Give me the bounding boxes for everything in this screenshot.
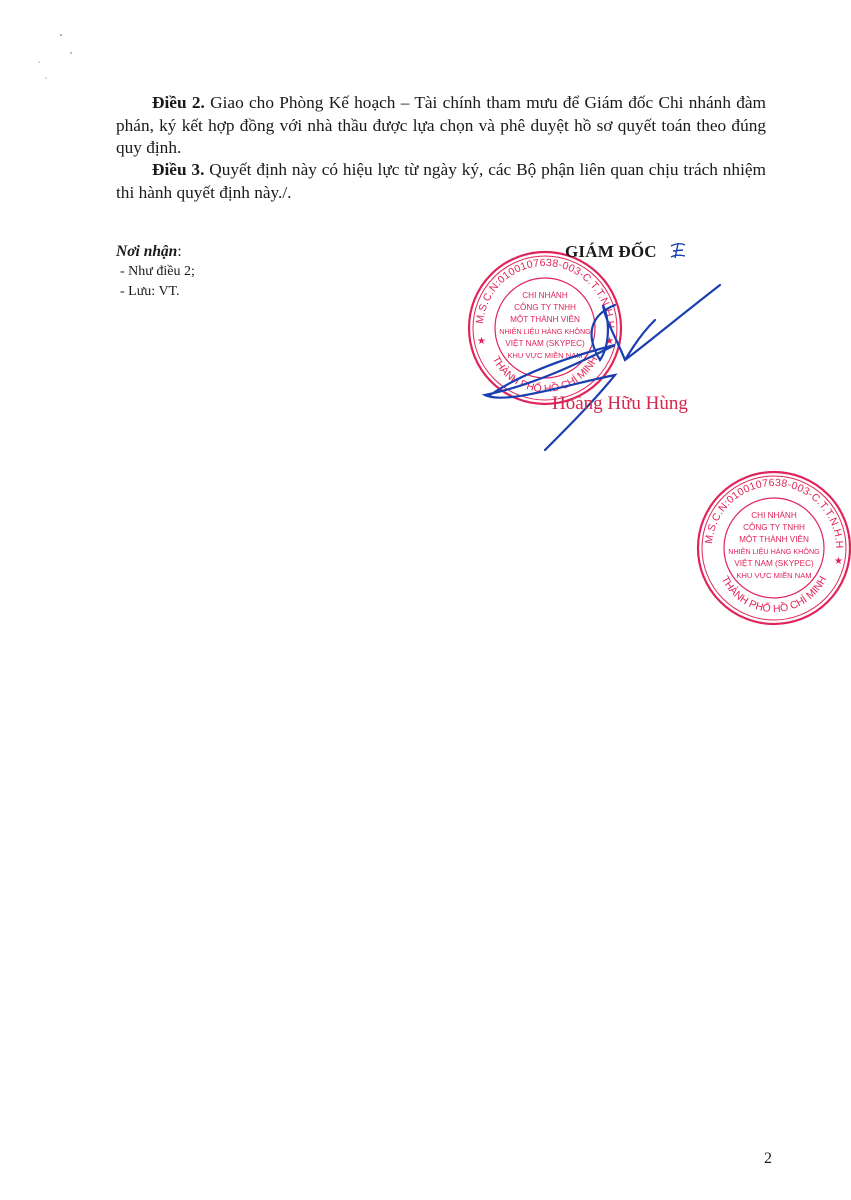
article-2-label: Điều 2. (152, 93, 205, 112)
partial-seal: M.S.C.N:0100107638-003-C.T.T.N.H.H THÀNH… (694, 468, 851, 628)
article-3-text: Quyết định này có hiệu lực từ ngày ký, c… (116, 160, 766, 202)
recipient-item: - Như điều 2; (116, 262, 195, 282)
article-2: Điều 2. Giao cho Phòng Kế hoạch – Tài ch… (116, 92, 766, 160)
recipients-title: Nơi nhận (116, 243, 177, 260)
seal-line: CHI NHÁNH (751, 510, 797, 520)
seal-line: CÔNG TY TNHH (743, 522, 805, 532)
article-3: Điều 3. Quyết định này có hiệu lực từ ng… (116, 159, 766, 204)
seal-line: VIỆT NAM (SKYPEC) (734, 558, 814, 568)
article-2-text: Giao cho Phòng Kế hoạch – Tài chính tham… (116, 93, 766, 157)
svg-text:★: ★ (834, 556, 843, 567)
signer-name: Hoàng Hữu Hùng (552, 393, 688, 415)
recipients-block: Nơi nhận: - Như điều 2; - Lưu: VT. (116, 242, 195, 302)
page-number: 2 (764, 1150, 772, 1168)
recipients-colon: : (177, 243, 181, 260)
recipient-item: - Lưu: VT. (116, 282, 195, 302)
signature-title: GIÁM ĐỐC (565, 242, 657, 262)
handwritten-signature (475, 265, 725, 455)
article-3-label: Điều 3. (152, 160, 204, 179)
seal-line: MỘT THÀNH VIÊN (739, 534, 809, 544)
initial-mark-icon (667, 240, 689, 262)
seal-line: NHIÊN LIỆU HÀNG KHÔNG (728, 547, 820, 556)
scan-artifacts (0, 0, 120, 100)
seal-line: KHU VỰC MIỀN NAM (736, 570, 811, 580)
